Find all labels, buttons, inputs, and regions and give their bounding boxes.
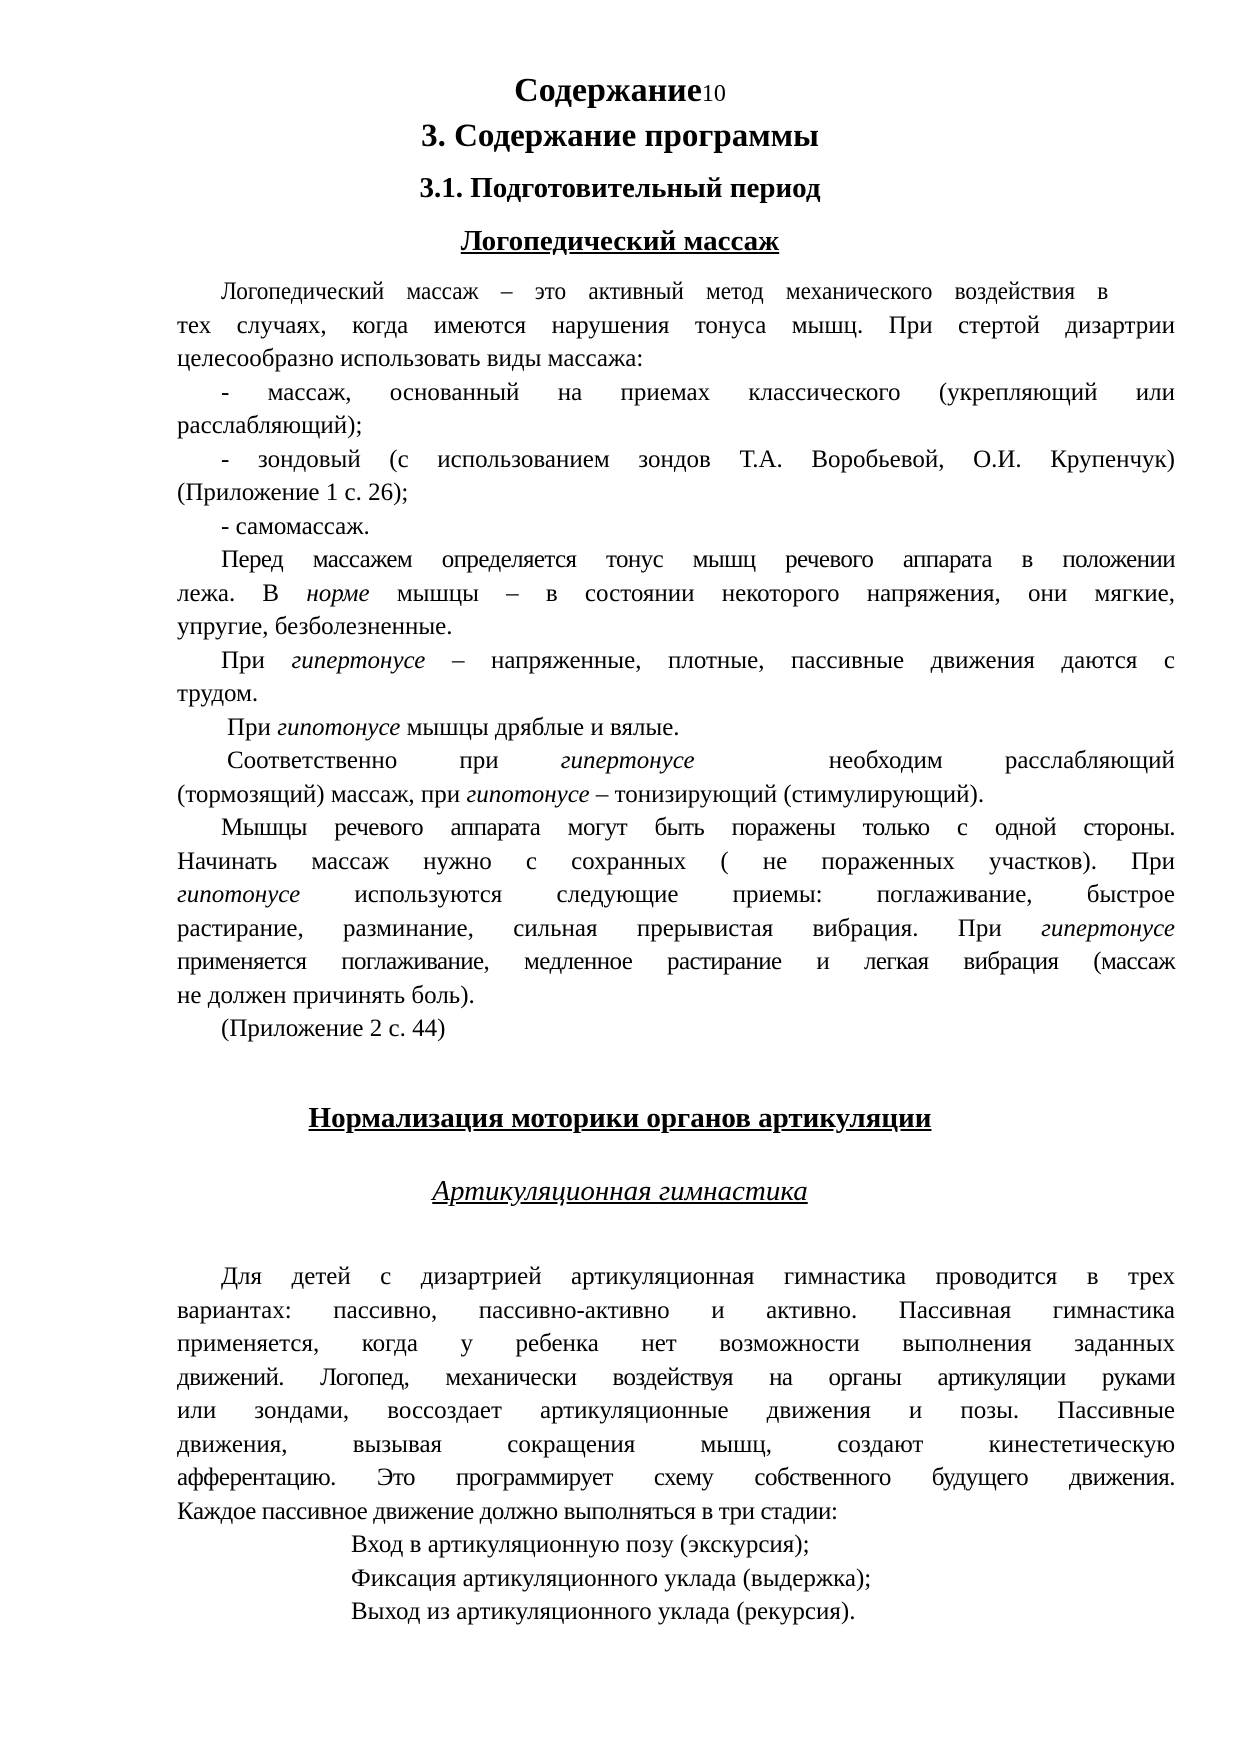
text-line: Соответственно при гипертонусе необходим… bbox=[177, 744, 1175, 778]
text-line: движения, вызывая сокращения мышц, созда… bbox=[177, 1428, 1175, 1462]
stage-item: Выход из артикуляционного уклада (рекурс… bbox=[177, 1595, 1175, 1629]
text-line: (Приложение 1 с. 26); bbox=[177, 476, 1175, 510]
text-line: Логопедический массаж – это активный мет… bbox=[177, 275, 1175, 309]
italic-term: гипотонусе bbox=[466, 781, 589, 808]
normalization-heading: Нормализация моторики органов артикуляци… bbox=[0, 1102, 1240, 1135]
text-line: Каждое пассивное движение должно выполня… bbox=[177, 1495, 1175, 1529]
italic-term: гипертонусе bbox=[291, 647, 425, 674]
text-line: расслабляющий); bbox=[177, 409, 1175, 443]
text-line: применяется поглаживание, медленное раст… bbox=[177, 945, 1175, 979]
text-line: растирание, разминание, сильная прерывис… bbox=[177, 912, 1175, 946]
text-line: применяется, когда у ребенка нет возможн… bbox=[177, 1327, 1175, 1361]
massage-section: Логопедический массаж – это активный мет… bbox=[177, 275, 1175, 1046]
massage-heading: Логопедический массаж bbox=[0, 225, 1240, 258]
page-number: 10 bbox=[702, 81, 726, 107]
text-line: При гипертонусе – напряженные, плотные, … bbox=[177, 644, 1175, 678]
text-line: целесообразно использовать виды массажа: bbox=[177, 342, 1175, 376]
text-line: не должен причинять боль). bbox=[177, 979, 1175, 1013]
text-line: упругие, безболезненные. bbox=[177, 610, 1175, 644]
text-line: Для детей с дизартрией артикуляционная г… bbox=[177, 1260, 1175, 1294]
text-line: При гипотонусе мышцы дряблые и вялые. bbox=[177, 711, 1175, 745]
text-line: тех случаях, когда имеются нарушения тон… bbox=[177, 309, 1175, 343]
text-line: вариантах: пассивно, пассивно-активно и … bbox=[177, 1294, 1175, 1328]
italic-term: гипертонусе bbox=[561, 744, 695, 778]
text-line: лежа. В норме мышцы – в состоянии некото… bbox=[177, 577, 1175, 611]
text-line: Начинать массаж нужно с сохранных ( не п… bbox=[177, 845, 1175, 879]
gymnastics-heading: Артикуляционная гимнастика bbox=[0, 1175, 1240, 1208]
text-line: (тормозящий) массаж, при гипотонусе – то… bbox=[177, 778, 1175, 812]
stage-item: Фиксация артикуляционного уклада (выдерж… bbox=[177, 1562, 1175, 1596]
contents-heading: Содержание10 bbox=[0, 72, 1240, 110]
text-line: движений. Логопед, механически воздейств… bbox=[177, 1361, 1175, 1395]
text-line: афферентацию. Это программирует схему со… bbox=[177, 1461, 1175, 1495]
text-line: или зондами, воссоздает артикуляционные … bbox=[177, 1394, 1175, 1428]
appendix-reference: (Приложение 2 с. 44) bbox=[177, 1012, 1175, 1046]
list-item: - зондовый (с использованием зондов Т.А.… bbox=[177, 443, 1175, 477]
text-line: Мышцы речевого аппарата могут быть пораж… bbox=[177, 811, 1175, 845]
section-heading: 3.1. Подготовительный период bbox=[0, 172, 1240, 205]
document-page: Содержание10 3. Содержание программы 3.1… bbox=[0, 0, 1240, 1754]
gymnastics-section: Для детей с дизартрией артикуляционная г… bbox=[177, 1260, 1175, 1629]
italic-term: гипертонусе bbox=[1041, 915, 1175, 942]
list-item: - массаж, основанный на приемах классиче… bbox=[177, 376, 1175, 410]
italic-term: норме bbox=[306, 580, 369, 607]
text-line: Перед массажем определяется тонус мышц р… bbox=[177, 543, 1175, 577]
stage-item: Вход в артикуляционную позу (экскурсия); bbox=[177, 1528, 1175, 1562]
text-line: гипотонусе используются следующие приемы… bbox=[177, 878, 1175, 912]
program-heading: 3. Содержание программы bbox=[0, 118, 1240, 155]
italic-term: гипотонусе bbox=[177, 881, 300, 908]
contents-heading-text: Содержание bbox=[514, 72, 702, 109]
list-item: - самомассаж. bbox=[177, 510, 1175, 544]
text-line: трудом. bbox=[177, 677, 1175, 711]
italic-term: гипотонусе bbox=[277, 714, 400, 741]
